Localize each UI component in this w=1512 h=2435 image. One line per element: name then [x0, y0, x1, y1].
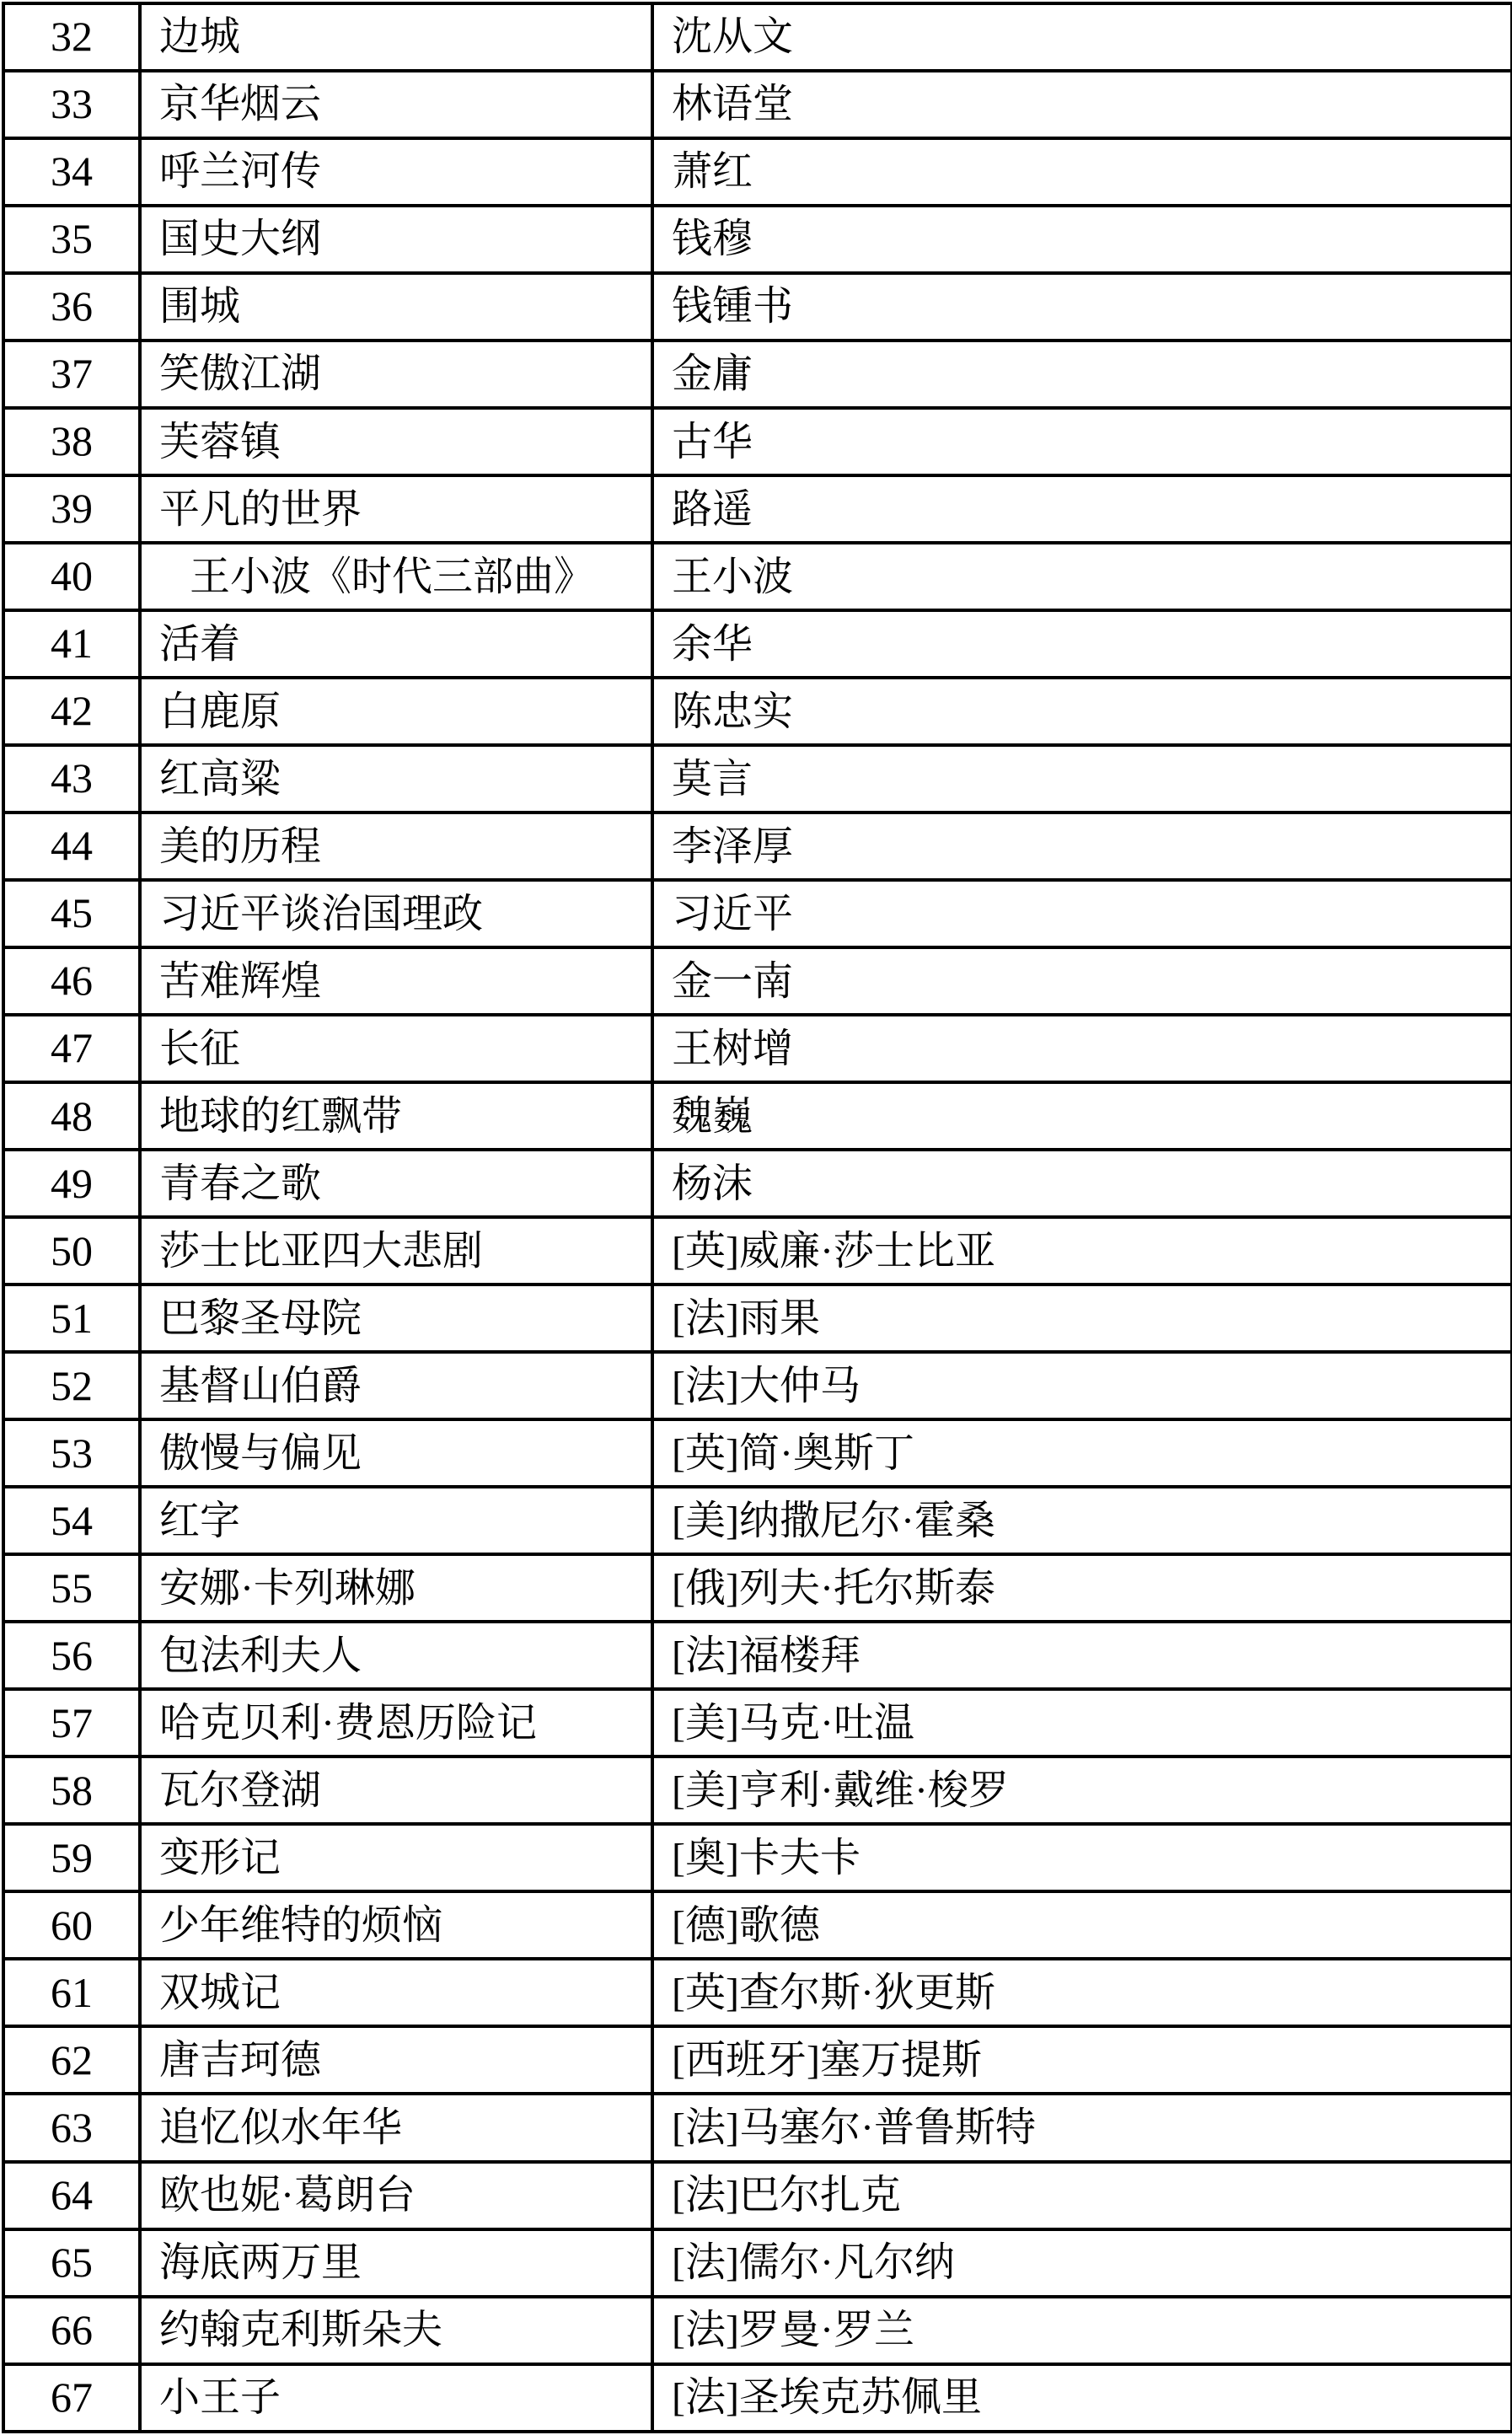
book-author-cell: [法]巴尔扎克	[652, 2162, 1512, 2229]
table-row: 39 平凡的世界 路遥	[3, 475, 1512, 543]
book-author-cell: 陈忠实	[652, 678, 1512, 745]
table-row: 38 芙蓉镇 古华	[3, 408, 1512, 475]
book-author-cell: [英]威廉·莎士比亚	[652, 1217, 1512, 1285]
book-title-cell: 红高粱	[140, 745, 652, 813]
book-title-cell: 国史大纲	[140, 206, 652, 273]
table-row: 48 地球的红飘带 魏巍	[3, 1082, 1512, 1150]
row-number-cell: 45	[3, 880, 140, 947]
book-author-cell: 莫言	[652, 745, 1512, 813]
table-row: 54 红字 [美]纳撒尼尔·霍桑	[3, 1487, 1512, 1554]
row-number-cell: 46	[3, 947, 140, 1015]
book-title-cell: 芙蓉镇	[140, 408, 652, 475]
book-author-cell: 钱锺书	[652, 273, 1512, 341]
row-number-cell: 67	[3, 2364, 140, 2432]
table-row: 51 巴黎圣母院 [法]雨果	[3, 1285, 1512, 1352]
row-number-cell: 64	[3, 2162, 140, 2229]
row-number-cell: 58	[3, 1757, 140, 1824]
table-row: 53 傲慢与偏见 [英]简·奥斯丁	[3, 1419, 1512, 1487]
row-number-cell: 34	[3, 138, 140, 206]
book-author-cell: [法]罗曼·罗兰	[652, 2297, 1512, 2364]
row-number-cell: 40	[3, 543, 140, 610]
row-number-cell: 51	[3, 1285, 140, 1352]
book-title-cell: 青春之歌	[140, 1150, 652, 1217]
table-row: 40 王小波《时代三部曲》 王小波	[3, 543, 1512, 610]
row-number-cell: 32	[3, 3, 140, 71]
table-row: 62 唐吉珂德 [西班牙]塞万提斯	[3, 2026, 1512, 2094]
table-row: 66 约翰克利斯朵夫 [法]罗曼·罗兰	[3, 2297, 1512, 2364]
table-row: 47 长征 王树增	[3, 1015, 1512, 1082]
row-number-cell: 59	[3, 1824, 140, 1891]
book-author-cell: [法]马塞尔·普鲁斯特	[652, 2094, 1512, 2161]
book-title-cell: 地球的红飘带	[140, 1082, 652, 1150]
row-number-cell: 33	[3, 71, 140, 138]
book-author-cell: 金庸	[652, 341, 1512, 408]
row-number-cell: 50	[3, 1217, 140, 1285]
row-number-cell: 47	[3, 1015, 140, 1082]
table-row: 64 欧也妮·葛朗台 [法]巴尔扎克	[3, 2162, 1512, 2229]
book-author-cell: 钱穆	[652, 206, 1512, 273]
table-row: 59 变形记 [奥]卡夫卡	[3, 1824, 1512, 1891]
table-row: 35 国史大纲 钱穆	[3, 206, 1512, 273]
book-title-cell: 瓦尔登湖	[140, 1757, 652, 1824]
book-author-cell: 王小波	[652, 543, 1512, 610]
table-row: 45 习近平谈治国理政 习近平	[3, 880, 1512, 947]
row-number-cell: 63	[3, 2094, 140, 2161]
book-title-cell: 美的历程	[140, 813, 652, 880]
book-author-cell: [英]查尔斯·狄更斯	[652, 1959, 1512, 2026]
book-author-cell: [美]马克·吐温	[652, 1689, 1512, 1757]
row-number-cell: 38	[3, 408, 140, 475]
table-row: 50 莎士比亚四大悲剧 [英]威廉·莎士比亚	[3, 1217, 1512, 1285]
book-author-cell: [法]儒尔·凡尔纳	[652, 2229, 1512, 2297]
row-number-cell: 35	[3, 206, 140, 273]
book-title-cell: 变形记	[140, 1824, 652, 1891]
book-title-cell: 呼兰河传	[140, 138, 652, 206]
book-author-cell: [俄]列夫·托尔斯泰	[652, 1554, 1512, 1622]
book-title-cell: 巴黎圣母院	[140, 1285, 652, 1352]
book-title-cell: 笑傲江湖	[140, 341, 652, 408]
book-title-cell: 海底两万里	[140, 2229, 652, 2297]
table-row: 57 哈克贝利·费恩历险记 [美]马克·吐温	[3, 1689, 1512, 1757]
table-row: 34 呼兰河传 萧红	[3, 138, 1512, 206]
book-title-cell: 习近平谈治国理政	[140, 880, 652, 947]
book-title-cell: 长征	[140, 1015, 652, 1082]
table-row: 49 青春之歌 杨沫	[3, 1150, 1512, 1217]
book-author-cell: 余华	[652, 610, 1512, 678]
table-row: 55 安娜·卡列琳娜 [俄]列夫·托尔斯泰	[3, 1554, 1512, 1622]
book-author-cell: 金一南	[652, 947, 1512, 1015]
row-number-cell: 37	[3, 341, 140, 408]
book-title-cell: 红字	[140, 1487, 652, 1554]
table-row: 36 围城 钱锺书	[3, 273, 1512, 341]
row-number-cell: 36	[3, 273, 140, 341]
book-title-cell: 双城记	[140, 1959, 652, 2026]
book-title-cell: 莎士比亚四大悲剧	[140, 1217, 652, 1285]
book-author-cell: 王树增	[652, 1015, 1512, 1082]
row-number-cell: 60	[3, 1891, 140, 1959]
book-title-cell: 欧也妮·葛朗台	[140, 2162, 652, 2229]
book-author-cell: 李泽厚	[652, 813, 1512, 880]
row-number-cell: 53	[3, 1419, 140, 1487]
book-author-cell: [美]亨利·戴维·梭罗	[652, 1757, 1512, 1824]
book-title-cell: 基督山伯爵	[140, 1352, 652, 1419]
book-author-cell: [法]福楼拜	[652, 1622, 1512, 1689]
book-author-cell: [英]简·奥斯丁	[652, 1419, 1512, 1487]
book-author-cell: 路遥	[652, 475, 1512, 543]
book-author-cell: [美]纳撒尼尔·霍桑	[652, 1487, 1512, 1554]
book-author-cell: 沈从文	[652, 3, 1512, 71]
book-author-cell: 习近平	[652, 880, 1512, 947]
book-title-cell: 边城	[140, 3, 652, 71]
book-title-cell: 平凡的世界	[140, 475, 652, 543]
row-number-cell: 42	[3, 678, 140, 745]
book-title-cell: 活着	[140, 610, 652, 678]
book-title-cell: 京华烟云	[140, 71, 652, 138]
table-row: 52 基督山伯爵 [法]大仲马	[3, 1352, 1512, 1419]
table-row: 37 笑傲江湖 金庸	[3, 341, 1512, 408]
book-author-cell: 魏巍	[652, 1082, 1512, 1150]
row-number-cell: 57	[3, 1689, 140, 1757]
row-number-cell: 39	[3, 475, 140, 543]
book-title-cell: 围城	[140, 273, 652, 341]
book-author-cell: 杨沫	[652, 1150, 1512, 1217]
book-title-cell: 包法利夫人	[140, 1622, 652, 1689]
book-title-cell: 唐吉珂德	[140, 2026, 652, 2094]
table-row: 65 海底两万里 [法]儒尔·凡尔纳	[3, 2229, 1512, 2297]
row-number-cell: 43	[3, 745, 140, 813]
book-author-cell: [法]雨果	[652, 1285, 1512, 1352]
book-author-cell: 萧红	[652, 138, 1512, 206]
table-row: 32 边城 沈从文	[3, 3, 1512, 71]
book-author-cell: [法]大仲马	[652, 1352, 1512, 1419]
row-number-cell: 65	[3, 2229, 140, 2297]
row-number-cell: 41	[3, 610, 140, 678]
book-author-cell: [法]圣埃克苏佩里	[652, 2364, 1512, 2432]
table-row: 43 红高粱 莫言	[3, 745, 1512, 813]
book-title-cell: 傲慢与偏见	[140, 1419, 652, 1487]
book-author-cell: [德]歌德	[652, 1891, 1512, 1959]
table-row: 63 追忆似水年华 [法]马塞尔·普鲁斯特	[3, 2094, 1512, 2161]
book-author-cell: 林语堂	[652, 71, 1512, 138]
book-list-table: 32 边城 沈从文 33 京华烟云 林语堂 34 呼兰河传 萧红 35 国史大纲…	[2, 2, 1512, 2433]
table-row: 33 京华烟云 林语堂	[3, 71, 1512, 138]
book-title-cell: 约翰克利斯朵夫	[140, 2297, 652, 2364]
table-row: 56 包法利夫人 [法]福楼拜	[3, 1622, 1512, 1689]
row-number-cell: 54	[3, 1487, 140, 1554]
table-row: 46 苦难辉煌 金一南	[3, 947, 1512, 1015]
row-number-cell: 62	[3, 2026, 140, 2094]
book-title-cell: 苦难辉煌	[140, 947, 652, 1015]
row-number-cell: 49	[3, 1150, 140, 1217]
row-number-cell: 61	[3, 1959, 140, 2026]
book-title-cell: 王小波《时代三部曲》	[140, 543, 652, 610]
book-list-body: 32 边城 沈从文 33 京华烟云 林语堂 34 呼兰河传 萧红 35 国史大纲…	[3, 3, 1512, 2432]
book-title-cell: 追忆似水年华	[140, 2094, 652, 2161]
table-row: 58 瓦尔登湖 [美]亨利·戴维·梭罗	[3, 1757, 1512, 1824]
table-row: 61 双城记 [英]查尔斯·狄更斯	[3, 1959, 1512, 2026]
book-title-cell: 白鹿原	[140, 678, 652, 745]
table-row: 60 少年维特的烦恼 [德]歌德	[3, 1891, 1512, 1959]
row-number-cell: 48	[3, 1082, 140, 1150]
row-number-cell: 44	[3, 813, 140, 880]
book-title-cell: 哈克贝利·费恩历险记	[140, 1689, 652, 1757]
book-title-cell: 少年维特的烦恼	[140, 1891, 652, 1959]
document-page: 32 边城 沈从文 33 京华烟云 林语堂 34 呼兰河传 萧红 35 国史大纲…	[0, 2, 1512, 2435]
book-author-cell: [西班牙]塞万提斯	[652, 2026, 1512, 2094]
row-number-cell: 52	[3, 1352, 140, 1419]
book-title-cell: 小王子	[140, 2364, 652, 2432]
row-number-cell: 66	[3, 2297, 140, 2364]
table-row: 42 白鹿原 陈忠实	[3, 678, 1512, 745]
table-row: 67 小王子 [法]圣埃克苏佩里	[3, 2364, 1512, 2432]
book-title-cell: 安娜·卡列琳娜	[140, 1554, 652, 1622]
book-author-cell: [奥]卡夫卡	[652, 1824, 1512, 1891]
row-number-cell: 55	[3, 1554, 140, 1622]
book-author-cell: 古华	[652, 408, 1512, 475]
row-number-cell: 56	[3, 1622, 140, 1689]
table-row: 44 美的历程 李泽厚	[3, 813, 1512, 880]
table-row: 41 活着 余华	[3, 610, 1512, 678]
